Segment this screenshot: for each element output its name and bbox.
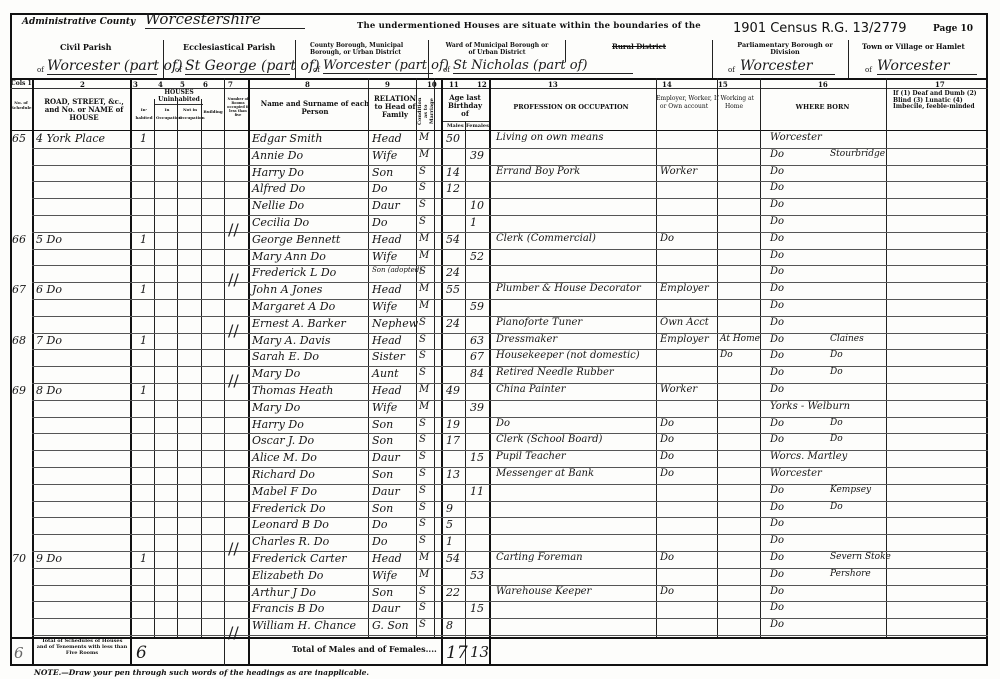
- birthplace: Do: [770, 384, 784, 395]
- col-number: 2: [80, 80, 85, 89]
- parliamentary-label: Parliamentary Borough or Division: [735, 42, 835, 56]
- col-header-infirmity: If (1) Deaf and Dumb (2) Blind (3) Lunat…: [893, 91, 985, 111]
- birthplace: Do: [770, 233, 784, 244]
- occupation: Clerk (School Board): [496, 434, 602, 445]
- marital-condition: S: [419, 451, 426, 462]
- birthplace-detail: Pershore: [830, 569, 871, 579]
- person-name: Oscar J. Do: [252, 434, 314, 447]
- col-header-in-occupation: In Occupation: [156, 106, 178, 122]
- birthplace: Do: [770, 166, 784, 177]
- town-value: Worcester: [877, 58, 977, 75]
- col-line: [130, 78, 132, 666]
- relation: Aunt: [372, 367, 399, 380]
- marital-condition: M: [419, 300, 429, 311]
- person-name: Sarah E. Do: [252, 350, 319, 363]
- of-label: of: [443, 66, 450, 74]
- birthplace: Worcs. Martley: [770, 451, 847, 462]
- occupation: China Painter: [496, 384, 565, 395]
- relation: Wife: [372, 149, 397, 162]
- address: 5 Do: [36, 233, 62, 246]
- age-male: 19: [446, 418, 460, 431]
- birthplace: Do: [770, 602, 784, 613]
- age-male: 50: [446, 132, 460, 145]
- col-line: [441, 78, 443, 666]
- occupation: Do: [496, 418, 510, 429]
- person-name: Thomas Heath: [252, 384, 333, 397]
- col-number: 7: [228, 80, 233, 89]
- marital-condition: S: [419, 199, 426, 210]
- marital-condition: S: [419, 485, 426, 496]
- row-divider: [32, 517, 988, 518]
- birthplace-detail: Do: [830, 367, 843, 377]
- relation: Head: [372, 334, 402, 347]
- divider: [295, 40, 296, 78]
- col-header-occupation: PROFESSION OR OCCUPATION: [496, 103, 646, 111]
- birthplace: Do: [770, 535, 784, 546]
- census-page: Administrative County Worcestershire The…: [0, 0, 1000, 679]
- age-female: 53: [470, 569, 484, 582]
- birthplace: Do: [770, 569, 784, 580]
- row-divider: [32, 601, 988, 602]
- household-separator-mark: //: [228, 623, 239, 642]
- age-male: 1: [446, 535, 453, 548]
- age-male: 17: [446, 434, 460, 447]
- marital-condition: S: [419, 350, 426, 361]
- birthplace: Do: [770, 266, 784, 277]
- schedule-number: 69: [12, 384, 26, 397]
- birthplace: Do: [770, 317, 784, 328]
- employment-status: Do: [660, 418, 674, 429]
- page-number: Page 10: [933, 24, 973, 34]
- address: 8 Do: [36, 384, 62, 397]
- marital-condition: S: [419, 502, 426, 513]
- employment-status: Do: [660, 434, 674, 445]
- age-male: 49: [446, 384, 460, 397]
- marital-condition: S: [419, 619, 426, 630]
- col-line: [201, 99, 202, 637]
- occupation: Pianoforte Tuner: [496, 317, 582, 328]
- census-reference: 1901 Census R.G. 13/2779: [733, 21, 907, 36]
- birthplace-detail: Severn Stoke: [830, 552, 891, 562]
- relation: Son: [372, 434, 393, 447]
- person-name: Leonard B Do: [252, 518, 329, 531]
- marital-condition: S: [419, 434, 426, 445]
- age-female: 11: [470, 485, 484, 498]
- occupation: Errand Boy Pork: [496, 166, 580, 177]
- total-females: 13: [470, 643, 489, 661]
- admin-county-value: Worcestershire: [145, 10, 305, 29]
- age-male: 8: [446, 619, 453, 632]
- birthplace-detail: Do: [830, 418, 843, 428]
- col-header-name: Name and Surname of each Person: [260, 100, 370, 116]
- col-number: 9: [385, 80, 390, 89]
- row-divider: [32, 181, 988, 182]
- person-name: Annie Do: [252, 149, 303, 162]
- col-number: 14: [662, 80, 672, 89]
- occupation: Warehouse Keeper: [496, 586, 591, 597]
- col-header-road: ROAD, STREET, &c., and No. or NAME of HO…: [36, 98, 132, 122]
- divider: [10, 130, 988, 131]
- birthplace: Do: [770, 250, 784, 261]
- col-header-age: Age last Birthday of: [443, 94, 487, 118]
- age-female: 84: [470, 367, 484, 380]
- age-female: 15: [470, 451, 484, 464]
- relation: Nephew: [372, 317, 418, 330]
- age-female: 1: [470, 216, 477, 229]
- col-number: 16: [818, 80, 828, 89]
- person-name: Mary Do: [252, 367, 300, 380]
- relation: Head: [372, 384, 402, 397]
- col-line: [177, 99, 178, 637]
- marital-condition: S: [419, 266, 426, 277]
- age-male: 24: [446, 317, 460, 330]
- working-at-home: Do: [720, 350, 733, 360]
- divider: [712, 40, 713, 78]
- footer-note: NOTE.—Draw your pen through such words o…: [34, 668, 369, 677]
- total-schedules-label: Total of Schedules of Houses and of Tene…: [36, 638, 128, 656]
- divider: [10, 637, 988, 639]
- occupation: Plumber & House Decorator: [496, 283, 641, 294]
- col-line: [368, 78, 369, 638]
- employment-status: Do: [660, 451, 674, 462]
- age-male: 9: [446, 502, 453, 515]
- col-header-males: Males: [447, 123, 464, 129]
- parliamentary-value: Worcester: [740, 58, 835, 75]
- household-separator-mark: //: [228, 371, 239, 390]
- marital-condition: S: [419, 166, 426, 177]
- admin-county-label: Administrative County: [22, 17, 135, 27]
- schedule-number: 70: [12, 552, 26, 565]
- employment-status: Do: [660, 586, 674, 597]
- row-divider: [32, 249, 988, 250]
- col-header-building: Building: [202, 108, 224, 116]
- col-number: Cols 1: [11, 80, 32, 87]
- relation: Do: [372, 518, 387, 531]
- relation: Wife: [372, 569, 397, 582]
- marital-condition: S: [419, 602, 426, 613]
- age-female: 39: [470, 401, 484, 414]
- inhabited-count: 1: [140, 233, 147, 246]
- marital-condition: M: [419, 384, 429, 395]
- birthplace: Do: [770, 586, 784, 597]
- marital-condition: M: [419, 132, 429, 143]
- age-female: 63: [470, 334, 484, 347]
- row-divider: [32, 534, 988, 535]
- relation: Daur: [372, 485, 400, 498]
- address: 6 Do: [36, 283, 62, 296]
- birthplace: Do: [770, 300, 784, 311]
- col-line: [154, 99, 155, 637]
- age-female: 39: [470, 149, 484, 162]
- marital-condition: S: [419, 586, 426, 597]
- birthplace: Do: [770, 334, 784, 345]
- col-header-rooms: Number of Rooms occupied if less than fi…: [226, 97, 250, 117]
- person-name: William H. Chance: [252, 619, 356, 632]
- marital-condition: S: [419, 317, 426, 328]
- relation: Do: [372, 182, 387, 195]
- marital-condition: M: [419, 283, 429, 294]
- birthplace: Do: [770, 350, 784, 361]
- col-number: 4: [158, 80, 163, 89]
- town-label: Town or Village or Hamlet: [862, 42, 965, 51]
- col-header-at-home: If Working at Home: [714, 95, 754, 111]
- occupation: Living on own means: [496, 132, 603, 143]
- row-divider: [32, 265, 988, 266]
- employment-status: Employer: [660, 334, 709, 345]
- inhabited-count: 1: [140, 283, 147, 296]
- birthplace: Do: [770, 199, 784, 210]
- person-name: Frederick L Do: [252, 266, 336, 279]
- birthplace-detail: Stourbridge: [830, 149, 885, 159]
- eccl-parish-value: St George (part of): [185, 58, 290, 75]
- relation: Head: [372, 552, 402, 565]
- age-male: 22: [446, 586, 460, 599]
- relation: G. Son: [372, 619, 409, 632]
- birthplace: Do: [770, 619, 784, 630]
- birthplace: Do: [770, 485, 784, 496]
- address: 9 Do: [36, 552, 62, 565]
- employment-status: Worker: [660, 166, 697, 177]
- col-number: 8: [305, 80, 310, 89]
- occupation: Retired Needle Rubber: [496, 367, 614, 378]
- employment-status: Do: [660, 468, 674, 479]
- col-line: [656, 78, 657, 638]
- age-male: 54: [446, 233, 460, 246]
- age-male: 13: [446, 468, 460, 481]
- birthplace: Worcester: [770, 132, 822, 143]
- col-number: 3: [133, 80, 138, 89]
- of-label: of: [865, 66, 872, 74]
- household-separator-mark: //: [228, 270, 239, 289]
- person-name: Margaret A Do: [252, 300, 335, 313]
- schedule-number: 68: [12, 334, 26, 347]
- col-line: [416, 78, 417, 638]
- col-line: [248, 78, 250, 666]
- marital-condition: M: [419, 552, 429, 563]
- birthplace-detail: Do: [830, 434, 843, 444]
- relation: Son: [372, 166, 393, 179]
- boundaries-notice: The undermentioned Houses are situate wi…: [357, 21, 701, 31]
- divider: [443, 121, 489, 122]
- row-divider: [32, 198, 988, 199]
- occupation: Pupil Teacher: [496, 451, 566, 462]
- col-header-not-in-occupation: Not in Occupation: [179, 106, 201, 122]
- person-name: Charles R. Do: [252, 535, 329, 548]
- col-number: 12: [477, 80, 487, 89]
- person-name: Cecilia Do: [252, 216, 309, 229]
- person-name: Nellie Do: [252, 199, 304, 212]
- col-number: 5: [180, 80, 185, 89]
- address: 4 York Place: [36, 132, 105, 145]
- schedule-number: 65: [12, 132, 26, 145]
- age-male: 55: [446, 283, 460, 296]
- col-header-schedule: No. of Schedule: [11, 100, 31, 110]
- relation: Head: [372, 132, 402, 145]
- birthplace: Do: [770, 434, 784, 445]
- of-label: of: [37, 66, 44, 74]
- relation: Wife: [372, 300, 397, 313]
- occupation: Carting Foreman: [496, 552, 583, 563]
- birthplace: Worcester: [770, 468, 822, 479]
- col-header-employer: Employer, Worker, or Own account: [656, 95, 712, 111]
- person-name: Arthur J Do: [252, 586, 316, 599]
- employment-status: Employer: [660, 283, 709, 294]
- marital-condition: S: [419, 468, 426, 479]
- birthplace-detail: Kempsey: [830, 485, 871, 495]
- county-borough-value: Worcester (part of): [323, 58, 433, 74]
- row-divider: [32, 618, 988, 619]
- relation: Son (adopted): [372, 266, 422, 274]
- relation: Son: [372, 502, 393, 515]
- marital-condition: M: [419, 149, 429, 160]
- marital-condition: M: [419, 569, 429, 580]
- marital-condition: S: [419, 418, 426, 429]
- row-divider: [32, 635, 988, 636]
- relation: Do: [372, 216, 387, 229]
- relation: Head: [372, 233, 402, 246]
- col-number: 6: [203, 80, 208, 89]
- birthplace-detail: Do: [830, 350, 843, 360]
- total-houses: 6: [136, 643, 147, 663]
- col-header-inhabited: In-habited: [133, 106, 155, 122]
- marital-condition: M: [419, 250, 429, 261]
- birthplace-detail: Claines: [830, 334, 864, 344]
- col-header-uninhabited: Uninhabited: [155, 96, 203, 105]
- employment-status: Own Acct: [660, 317, 709, 328]
- civil-parish-value: Worcester (part of): [47, 58, 157, 75]
- relation: Son: [372, 468, 393, 481]
- birthplace: Yorks - Welburn: [770, 401, 850, 412]
- birthplace: Do: [770, 552, 784, 563]
- birthplace: Do: [770, 502, 784, 513]
- age-female: 67: [470, 350, 484, 363]
- schedule-number: 67: [12, 283, 26, 296]
- age-female: 59: [470, 300, 484, 313]
- marital-condition: S: [419, 367, 426, 378]
- person-name: Mary Do: [252, 401, 300, 414]
- age-male: 5: [446, 518, 453, 531]
- col-number: 17: [935, 80, 945, 89]
- county-borough-label: County Borough, Municipal Borough, or Ur…: [310, 42, 430, 56]
- row-divider: [32, 299, 988, 300]
- relation: Head: [372, 283, 402, 296]
- relation: Sister: [372, 350, 405, 363]
- col-header-condition: Condition as to Marriage: [417, 95, 441, 127]
- relation: Wife: [372, 250, 397, 263]
- inhabited-count: 1: [140, 334, 147, 347]
- age-male: 24: [446, 266, 460, 279]
- birthplace-detail: Do: [830, 502, 843, 512]
- schedule-number: 66: [12, 233, 26, 246]
- address: 7 Do: [36, 334, 62, 347]
- rural-district-label: Rural District: [612, 42, 666, 51]
- person-name: George Bennett: [252, 233, 340, 246]
- col-line: [434, 78, 435, 638]
- marital-condition: S: [419, 182, 426, 193]
- person-name: Mabel F Do: [252, 485, 317, 498]
- marital-condition: S: [419, 334, 426, 345]
- person-name: Edgar Smith: [252, 132, 322, 145]
- relation: Do: [372, 535, 387, 548]
- relation: Daur: [372, 602, 400, 615]
- birthplace: Do: [770, 418, 784, 429]
- col-header-females: Females: [466, 123, 489, 129]
- total-schedules: 6: [14, 644, 24, 662]
- divider: [565, 40, 566, 62]
- relation: Wife: [372, 401, 397, 414]
- person-name: Frederick Do: [252, 502, 326, 515]
- col-header-where-born: WHERE BORN: [760, 103, 885, 111]
- birthplace: Do: [770, 182, 784, 193]
- of-label: of: [175, 66, 182, 74]
- marital-condition: S: [419, 216, 426, 227]
- relation: Son: [372, 418, 393, 431]
- occupation: Dressmaker: [496, 334, 557, 345]
- employment-status: Do: [660, 552, 674, 563]
- col-number: 15: [718, 80, 728, 89]
- relation: Daur: [372, 199, 400, 212]
- civil-parish-label: Civil Parish: [60, 42, 111, 52]
- inhabited-count: 1: [140, 552, 147, 565]
- col-number: 13: [548, 80, 558, 89]
- employment-status: Worker: [660, 384, 697, 395]
- person-name: Francis B Do: [252, 602, 324, 615]
- birthplace: Do: [770, 149, 784, 160]
- person-name: Harry Do: [252, 418, 304, 431]
- age-female: 10: [470, 199, 484, 212]
- inhabited-count: 1: [140, 384, 147, 397]
- household-separator-mark: //: [228, 539, 239, 558]
- household-separator-mark: //: [228, 220, 239, 239]
- col-line: [760, 78, 761, 638]
- household-separator-mark: //: [228, 321, 239, 340]
- age-male: 14: [446, 166, 460, 179]
- person-name: Harry Do: [252, 166, 304, 179]
- col-line: [489, 78, 491, 666]
- occupation: Housekeeper (not domestic): [496, 350, 640, 361]
- age-male: 54: [446, 552, 460, 565]
- birthplace: Do: [770, 518, 784, 529]
- marital-condition: M: [419, 233, 429, 244]
- marital-condition: M: [419, 401, 429, 412]
- relation: Son: [372, 586, 393, 599]
- ward-label: Ward of Municipal Borough or of Urban Di…: [442, 42, 552, 56]
- divider: [163, 40, 164, 78]
- person-name: Elizabeth Do: [252, 569, 323, 582]
- marital-condition: S: [419, 518, 426, 529]
- col-number: 10: [427, 80, 437, 89]
- of-label: of: [313, 66, 320, 74]
- birthplace: Do: [770, 283, 784, 294]
- eccl-parish-label: Ecclesiastical Parish: [183, 42, 275, 52]
- person-name: Alfred Do: [252, 182, 305, 195]
- col-line: [32, 78, 34, 666]
- divider: [428, 40, 429, 78]
- ward-value: St Nicholas (part of): [453, 58, 633, 74]
- birthplace: Do: [770, 216, 784, 227]
- age-female: 15: [470, 602, 484, 615]
- age-female: 52: [470, 250, 484, 263]
- of-label: of: [728, 66, 735, 74]
- birthplace: Do: [770, 367, 784, 378]
- working-at-home: At Home: [720, 334, 760, 344]
- person-name: Alice M. Do: [252, 451, 317, 464]
- person-name: Mary Ann Do: [252, 250, 326, 263]
- occupation: Clerk (Commercial): [496, 233, 596, 244]
- person-name: John A Jones: [252, 283, 322, 296]
- person-name: Ernest A. Barker: [252, 317, 346, 330]
- marital-condition: S: [419, 535, 426, 546]
